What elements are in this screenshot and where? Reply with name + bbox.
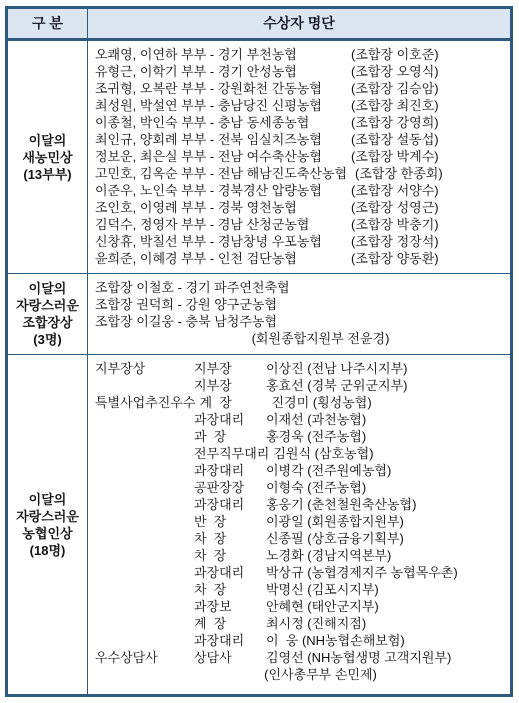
winner-coop-head: (조합장 강영희) — [351, 114, 439, 131]
winner-row: 조인호, 이영례 부부 - 경북 영천농협(조합장 성영근) — [95, 199, 506, 216]
entry-position: 과장대리 — [194, 496, 266, 513]
winner-coop-head: (조합장 한종회) — [355, 165, 443, 182]
section-label-line: 조합장상 — [22, 314, 72, 331]
winner-row: 차 장신종필 (상호금융기획부) — [95, 530, 506, 547]
section-nonghyupin-row: 이달의자랑스러운농협인상(18명) 지부장상지부장이상진 (전남 나주시지부)지… — [8, 354, 510, 694]
winner-couple-org: 오쾌영, 이연하 부부 - 경기 부천농협 — [95, 46, 351, 63]
winner-couple-org: 이종철, 박인숙 부부 - 충남 동세종농협 — [95, 114, 351, 131]
winner-row: 계 장최시정 (진해지점) — [95, 615, 506, 632]
winner-couple-org: 신창휴, 박칠선 부부 - 경남창녕 우포농협 — [95, 233, 351, 250]
entry-name-org: 신종필 (상호금융기획부) — [266, 530, 404, 547]
winner-row: 과 장홍경욱 (전주농협) — [95, 428, 506, 445]
section-label-line: 자랑스러운 — [16, 297, 79, 314]
header-winners-cell: 수상자 명단 — [88, 9, 510, 38]
entry-position: 차 장 — [194, 530, 266, 547]
winner-couple-org: 조귀형, 오복란 부부 - 강원화천 간동농협 — [95, 80, 351, 97]
entry-award-type: 특별사업추진우수 — [95, 394, 199, 411]
entry-name-org: 박상규 (농협경제지주 농협목우촌) — [266, 564, 458, 581]
winner-coop-head: (조합장 박충기) — [351, 216, 439, 233]
entry-position: 과장대리 — [194, 462, 266, 479]
winner-row: 이종철, 박인숙 부부 - 충남 동세종농협(조합장 강영희) — [95, 114, 506, 131]
entry-award-type — [95, 581, 194, 598]
section-1-label: 이달의새농민상(13부부) — [8, 41, 88, 273]
section-label-line: 이달의 — [29, 280, 67, 297]
winner-row: 조합장 이철호 - 경기 파주연천축협 — [95, 279, 506, 296]
section-label-line: 자랑스러운 — [16, 508, 79, 525]
entry-position: 지부장 — [194, 360, 266, 377]
winner-coop-head: (조합장 설동섭) — [351, 131, 439, 148]
entry-award-type — [95, 615, 194, 632]
entry-position: 계 장 — [199, 394, 271, 411]
winner-couple-org: 정보운, 최은실 부부 - 전남 여수축산농협 — [95, 148, 351, 165]
winner-row: 오쾌영, 이연하 부부 - 경기 부천농협(조합장 이호준) — [95, 46, 506, 63]
entry-position: 공판장장 — [194, 479, 266, 496]
section-label-line: 농협인상 — [22, 525, 72, 542]
entry-position: 과장보 — [194, 598, 266, 615]
entry-position: 반 장 — [194, 513, 266, 530]
winner-row: 조귀형, 오복란 부부 - 강원화천 간동농협(조합장 김승암) — [95, 80, 506, 97]
entry-name-org: 이상진 (전남 나주시지부) — [266, 360, 407, 377]
entry-position: 과장대리 — [194, 564, 266, 581]
winner-row: 공판장장이형숙 (전주농협) — [95, 479, 506, 496]
winner-row: 차 장노경화 (경남지역본부) — [95, 547, 506, 564]
winner-coop-head: (조합장 성영근) — [351, 199, 439, 216]
winner-coop-head: (조합장 김승암) — [351, 80, 439, 97]
entry-award-type — [95, 598, 194, 615]
entry-award-type — [95, 564, 194, 581]
winner-coop-head: (조합장 오영식) — [351, 63, 439, 80]
winner-row: 신창휴, 박칠선 부부 - 경남창녕 우포농협(조합장 정장석) — [95, 233, 506, 250]
winner-row: 윤희준, 이혜경 부부 - 인천 검단농협(조합장 양동환) — [95, 250, 506, 267]
section-note: (인사총무부 손민제) — [95, 666, 506, 683]
winner-coop-head: (조합장 이호준) — [351, 46, 439, 63]
entry-award-type — [95, 513, 194, 530]
winner-coop-head: (조합장 박계수) — [351, 148, 439, 165]
entry-name-org: 홍웅기 (춘천철원축산농협) — [266, 496, 416, 513]
winner-row: 우수상담사상담사김영선 (NH농협생명 고객지원부) — [95, 649, 506, 666]
entry-award-type — [95, 462, 194, 479]
entry-name-org: 이재선 (과천농협) — [266, 411, 366, 428]
section-3-content: 지부장상지부장이상진 (전남 나주시지부)지부장홍효선 (경북 군위군지부)특별… — [88, 355, 510, 694]
entry-position: 과 장 — [194, 428, 266, 445]
winner-coop-head: (조합장 정장석) — [351, 233, 439, 250]
winner-row: 과장대리이병각 (전주원예농협) — [95, 462, 506, 479]
winner-row: 김덕수, 정영자 부부 - 경남 산청군농협(조합장 박충기) — [95, 216, 506, 233]
entry-name-org: 최시정 (진해지점) — [266, 615, 366, 632]
winner-coop-head: (조합장 서양수) — [351, 182, 439, 199]
award-winners-table: 구 분 수상자 명단 이달의새농민상(13부부) 오쾌영, 이연하 부부 - 경… — [5, 6, 513, 697]
winner-couple-org: 유형근, 이학기 부부 - 경기 안성농협 — [95, 63, 351, 80]
winner-row: 정보운, 최은실 부부 - 전남 여수축산농협(조합장 박계수) — [95, 148, 506, 165]
winner-couple-org: 조인호, 이영례 부부 - 경북 영천농협 — [95, 199, 351, 216]
header-category-cell: 구 분 — [8, 9, 88, 38]
winner-row: 고민호, 김옥순 부부 - 전남 해남진도축산농협(조합장 한종회) — [95, 165, 506, 182]
section-2-content: 조합장 이철호 - 경기 파주연천축협조합장 권덕희 - 강원 양구군농협조합장… — [88, 274, 510, 354]
winner-couple-org: 김덕수, 정영자 부부 - 경남 산청군농협 — [95, 216, 351, 233]
entry-award-type: 우수상담사 — [95, 649, 194, 666]
winner-coop-head: (조합장 최진호) — [351, 97, 439, 114]
entry-position: 전무직무대리 — [194, 445, 273, 462]
winner-couple-org: 최인규, 양회례 부부 - 전북 임실치즈농협 — [95, 131, 351, 148]
section-label-line: (13부부) — [23, 166, 71, 183]
entry-name-org: 이 웅 (NH농협손해보험) — [266, 632, 405, 649]
entry-position: 과장대리 — [194, 411, 266, 428]
winner-row: 반 장이광일 (회원종합지원부) — [95, 513, 506, 530]
section-label-line: 이달의 — [29, 491, 67, 508]
section-johapjang-row: 이달의자랑스러운조합장상(3명) 조합장 이철호 - 경기 파주연천축협조합장 … — [8, 273, 510, 354]
entry-name-org: 홍효선 (경북 군위군지부) — [266, 377, 407, 394]
section-3-label: 이달의자랑스러운농협인상(18명) — [8, 355, 88, 694]
entry-position: 차 장 — [194, 581, 266, 598]
entry-name-org: 안혜현 (태안군지부) — [266, 598, 379, 615]
entry-award-type — [95, 377, 194, 394]
entry-award-type — [95, 530, 194, 547]
winner-row: 전무직무대리김원식 (삼호농협) — [95, 445, 506, 462]
winner-coop-head: (조합장 양동환) — [351, 250, 439, 267]
winner-row: 최인규, 양회례 부부 - 전북 임실치즈농협(조합장 설동섭) — [95, 131, 506, 148]
entry-award-type — [95, 479, 194, 496]
entry-name-org: 이형숙 (전주농협) — [266, 479, 366, 496]
entry-award-type: 지부장상 — [95, 360, 194, 377]
entry-name-org: 진경미 (횡성농협) — [271, 394, 371, 411]
winner-row: 과장대리이 웅 (NH농협손해보험) — [95, 632, 506, 649]
entry-award-type — [95, 496, 194, 513]
entry-name-org: 이광일 (회원종합지원부) — [266, 513, 404, 530]
section-2-label: 이달의자랑스러운조합장상(3명) — [8, 274, 88, 354]
entry-award-type — [95, 445, 194, 462]
entry-position: 과장대리 — [194, 632, 266, 649]
winner-row: 과장보안혜현 (태안군지부) — [95, 598, 506, 615]
winner-row: 지부장상지부장이상진 (전남 나주시지부) — [95, 360, 506, 377]
entry-name-org: 김원식 (삼호농협) — [273, 445, 373, 462]
winner-couple-org: 고민호, 김옥순 부부 - 전남 해남진도축산농협 — [95, 165, 355, 182]
entry-name-org: 이병각 (전주원예농협) — [266, 462, 391, 479]
section-label-line: (18명) — [30, 542, 66, 559]
section-1-content: 오쾌영, 이연하 부부 - 경기 부천농협(조합장 이호준)유형근, 이학기 부… — [88, 41, 510, 273]
winner-row: 차 장박명신 (김포시지부) — [95, 581, 506, 598]
entry-award-type — [95, 428, 194, 445]
winner-row: 과장대리박상규 (농협경제지주 농협목우촌) — [95, 564, 506, 581]
winner-row: 과장대리이재선 (과천농협) — [95, 411, 506, 428]
section-label-line: (3명) — [33, 331, 61, 348]
entry-position: 지부장 — [194, 377, 266, 394]
winner-row: 지부장홍효선 (경북 군위군지부) — [95, 377, 506, 394]
entry-position: 상담사 — [194, 649, 266, 666]
winner-couple-org: 이준우, 노인숙 부부 - 경북경산 압량농협 — [95, 182, 351, 199]
winner-row: 최성원, 박설연 부부 - 충남당진 신평농협(조합장 최진호) — [95, 97, 506, 114]
winner-row: 이준우, 노인숙 부부 - 경북경산 압량농협(조합장 서양수) — [95, 182, 506, 199]
winner-couple-org: 윤희준, 이혜경 부부 - 인천 검단농협 — [95, 250, 351, 267]
winner-row: 특별사업추진우수계 장진경미 (횡성농협) — [95, 394, 506, 411]
entry-name-org: 홍경욱 (전주농협) — [266, 428, 366, 445]
entry-name-org: 노경화 (경남지역본부) — [266, 547, 391, 564]
winner-row: 과장대리홍웅기 (춘천철원축산농협) — [95, 496, 506, 513]
entry-award-type — [95, 632, 194, 649]
winner-row: 조합장 이길웅 - 충북 남청주농협 — [95, 313, 506, 330]
table-header-row: 구 분 수상자 명단 — [8, 9, 510, 40]
entry-position: 계 장 — [194, 615, 266, 632]
section-label-line: 이달의 — [29, 132, 67, 149]
entry-name-org: 박명신 (김포시지부) — [266, 581, 379, 598]
winner-couple-org: 최성원, 박설연 부부 - 충남당진 신평농협 — [95, 97, 351, 114]
section-label-line: 새농민상 — [22, 149, 72, 166]
winner-row: 조합장 권덕희 - 강원 양구군농협 — [95, 296, 506, 313]
winner-row: 유형근, 이학기 부부 - 경기 안성농협(조합장 오영식) — [95, 63, 506, 80]
section-note: (회원종합지원부 전윤경) — [95, 330, 506, 347]
entry-award-type — [95, 547, 194, 564]
entry-award-type — [95, 411, 194, 428]
entry-position: 차 장 — [194, 547, 266, 564]
section-saenongmin-row: 이달의새농민상(13부부) 오쾌영, 이연하 부부 - 경기 부천농협(조합장 … — [8, 40, 510, 273]
entry-name-org: 김영선 (NH농협생명 고객지원부) — [266, 649, 451, 666]
